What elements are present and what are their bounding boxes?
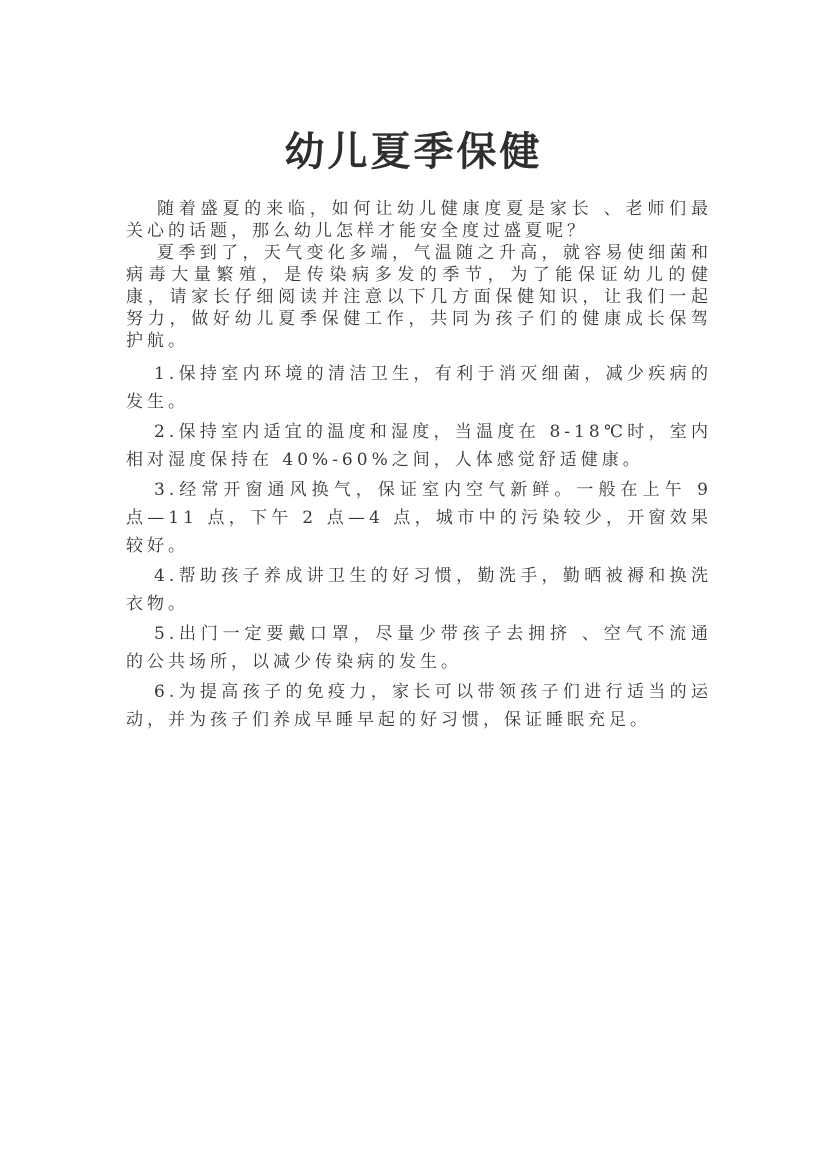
- numbered-tips-list: 1.保持室内环境的清洁卫生，有利于消灭细菌，减少疾病的发生。 2.保持室内适宜的…: [126, 360, 712, 734]
- document-page: 幼儿夏季保健 随着盛夏的来临，如何让幼儿健康度夏是家长 、老师们最关心的话题，那…: [0, 0, 827, 1170]
- list-item: 2.保持室内适宜的温度和湿度，当温度在 8-18℃时，室内相对湿度保持在 40%…: [126, 418, 712, 474]
- list-item: 4.帮助孩子养成讲卫生的好习惯，勤洗手，勤晒被褥和换洗衣物。: [126, 562, 712, 618]
- list-item: 5.出门一定要戴口罩，尽量少带孩子去拥挤 、空气不流通的公共场所，以减少传染病的…: [126, 620, 712, 676]
- intro-paragraph-1: 随着盛夏的来临，如何让幼儿健康度夏是家长 、老师们最关心的话题，那么幼儿怎样才能…: [126, 198, 712, 242]
- list-item: 6.为提高孩子的免疫力，家长可以带领孩子们进行适当的运动，并为孩子们养成早睡早起…: [126, 678, 712, 734]
- document-title: 幼儿夏季保健: [0, 0, 827, 176]
- list-item: 3.经常开窗通风换气，保证室内空气新鲜。一般在上午 9 点—11 点，下午 2 …: [126, 476, 712, 560]
- list-item: 1.保持室内环境的清洁卫生，有利于消灭细菌，减少疾病的发生。: [126, 360, 712, 416]
- intro-paragraph-2: 夏季到了，天气变化多端，气温随之升高，就容易使细菌和病毒大量繁殖，是传染病多发的…: [126, 242, 712, 352]
- intro-section: 随着盛夏的来临，如何让幼儿健康度夏是家长 、老师们最关心的话题，那么幼儿怎样才能…: [126, 198, 712, 352]
- document-body: 随着盛夏的来临，如何让幼儿健康度夏是家长 、老师们最关心的话题，那么幼儿怎样才能…: [126, 198, 712, 734]
